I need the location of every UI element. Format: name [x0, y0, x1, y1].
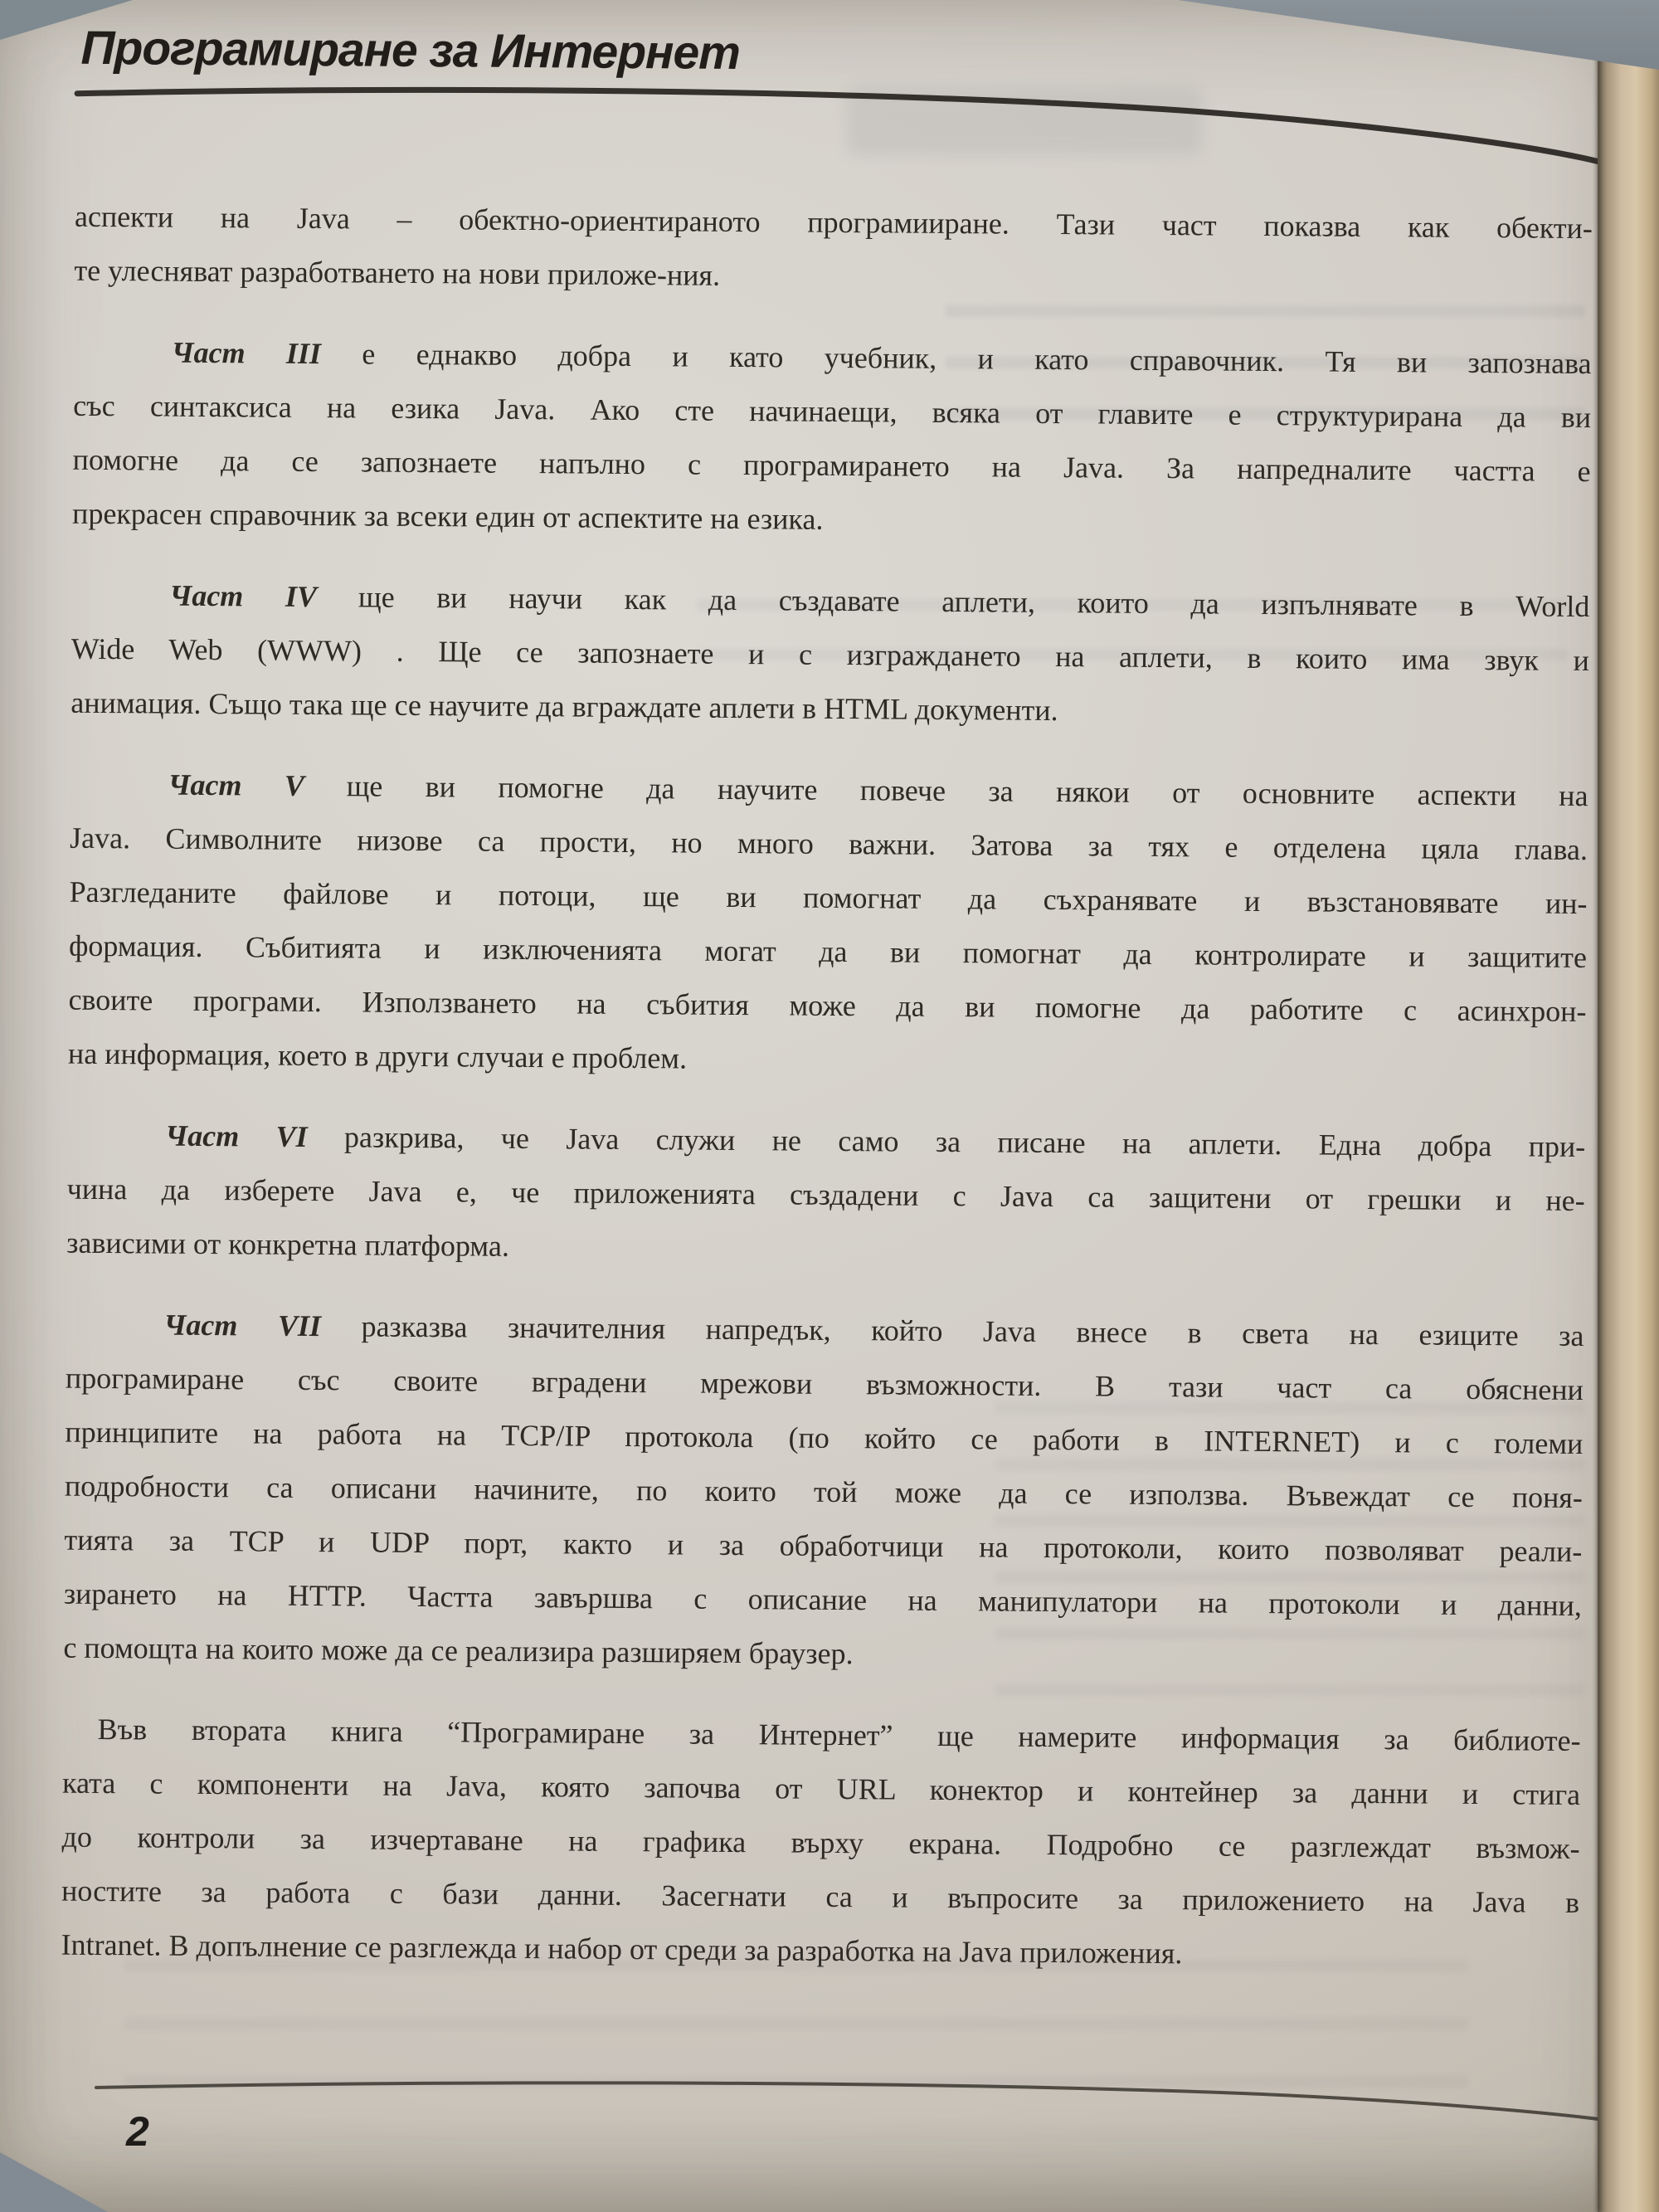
page-number: 2: [126, 2107, 149, 2156]
part-heading: Част V: [168, 767, 346, 802]
page-header: Програмиране за Интернет: [75, 22, 1594, 165]
part-heading: Част VI: [165, 1118, 344, 1153]
book-fore-edge: [1598, 0, 1659, 2212]
page-title: Програмиране за Интернет: [80, 22, 1593, 87]
paragraph: Част VII разказва значителния напредък, …: [63, 1298, 1584, 1687]
page-edge-seam: [1596, 0, 1601, 2212]
title-underline: [72, 79, 1608, 166]
book-page: Програмиране за Интернет аспекти на Java…: [0, 0, 1659, 1984]
photo-frame: Програмиране за Интернет аспекти на Java…: [0, 0, 1659, 2212]
footer-rule: [93, 2078, 1641, 2131]
photo-background-corner: [0, 2152, 108, 2212]
part-heading: Част III: [172, 335, 362, 370]
paragraph: Част IV ще ви научи как да създавате апл…: [71, 568, 1589, 742]
part-heading: Част VII: [163, 1308, 361, 1342]
part-heading: Част IV: [169, 578, 358, 613]
paragraph: аспекти на Java – обектно-ориентираното …: [74, 190, 1593, 309]
paragraph: Във втората книга “Програмиране за Интер…: [61, 1702, 1580, 1983]
body-text: аспекти на Java – обектно-ориентираното …: [61, 190, 1593, 1984]
paragraph: Част III е еднакво добра и като учебник,…: [72, 325, 1592, 553]
paragraph: Част VI разкрива, че Java служи не само …: [66, 1108, 1585, 1282]
paragraph: Част V ще ви помогне да научите повече з…: [68, 758, 1588, 1093]
